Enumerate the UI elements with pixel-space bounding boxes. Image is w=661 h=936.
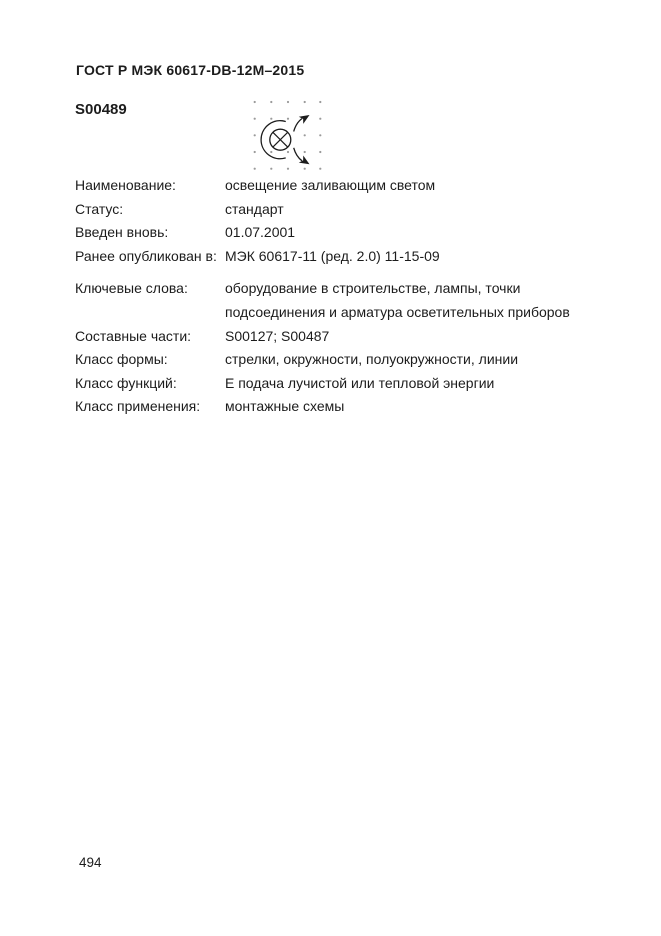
field-value: Е подача лучистой или тепловой энергии bbox=[225, 372, 577, 396]
field-label: Ключевые слова: bbox=[75, 277, 225, 324]
symbol-id-heading: S00489 bbox=[75, 101, 127, 118]
document-page: ГОСТ Р МЭК 60617-DB-12M–2015 S00489 Наим… bbox=[0, 0, 661, 936]
field-label: Класс функций: bbox=[75, 372, 225, 396]
upper-beam-arrowhead bbox=[299, 111, 312, 123]
field-row-components: Составные части: S00127; S00487 bbox=[75, 325, 580, 349]
lower-beam-arrow-shaft bbox=[294, 148, 302, 161]
field-row-name: Наименование: освещение заливающим свето… bbox=[75, 174, 580, 198]
field-label: Класс применения: bbox=[75, 395, 225, 419]
field-value: МЭК 60617-11 (ред. 2.0) 11-15-09 bbox=[225, 245, 577, 269]
field-label: Наименование: bbox=[75, 174, 225, 198]
field-value: стрелки, окружности, полуокружности, лин… bbox=[225, 348, 577, 372]
field-row-introduced: Введен вновь: 01.07.2001 bbox=[75, 221, 580, 245]
attributes-list: Наименование: освещение заливающим свето… bbox=[75, 174, 580, 419]
field-row-function-class: Класс функций: Е подача лучистой или теп… bbox=[75, 372, 580, 396]
field-label: Класс формы: bbox=[75, 348, 225, 372]
field-row-status: Статус: стандарт bbox=[75, 198, 580, 222]
field-value: 01.07.2001 bbox=[225, 221, 577, 245]
field-row-application-class: Класс применения: монтажные схемы bbox=[75, 395, 580, 419]
page-number: 494 bbox=[79, 855, 102, 870]
upper-beam-arrow-shaft bbox=[294, 119, 302, 132]
floodlight-symbol-icon bbox=[252, 98, 322, 178]
field-value: монтажные схемы bbox=[225, 395, 577, 419]
field-label: Введен вновь: bbox=[75, 221, 225, 245]
field-value: S00127; S00487 bbox=[225, 325, 577, 349]
field-row-keywords: Ключевые слова: оборудование в строитель… bbox=[75, 277, 580, 324]
field-value: освещение заливающим светом bbox=[225, 174, 577, 198]
field-label: Статус: bbox=[75, 198, 225, 222]
document-header-title: ГОСТ Р МЭК 60617-DB-12M–2015 bbox=[76, 62, 304, 78]
field-label: Ранее опубликован в: bbox=[75, 245, 225, 269]
field-value: оборудование в строительстве, лампы, точ… bbox=[225, 277, 577, 324]
field-label: Составные части: bbox=[75, 325, 225, 349]
lower-beam-arrowhead bbox=[299, 155, 312, 167]
field-row-shape-class: Класс формы: стрелки, окружности, полуок… bbox=[75, 348, 580, 372]
field-row-previously-published: Ранее опубликован в: МЭК 60617-11 (ред. … bbox=[75, 245, 580, 269]
field-value: стандарт bbox=[225, 198, 577, 222]
